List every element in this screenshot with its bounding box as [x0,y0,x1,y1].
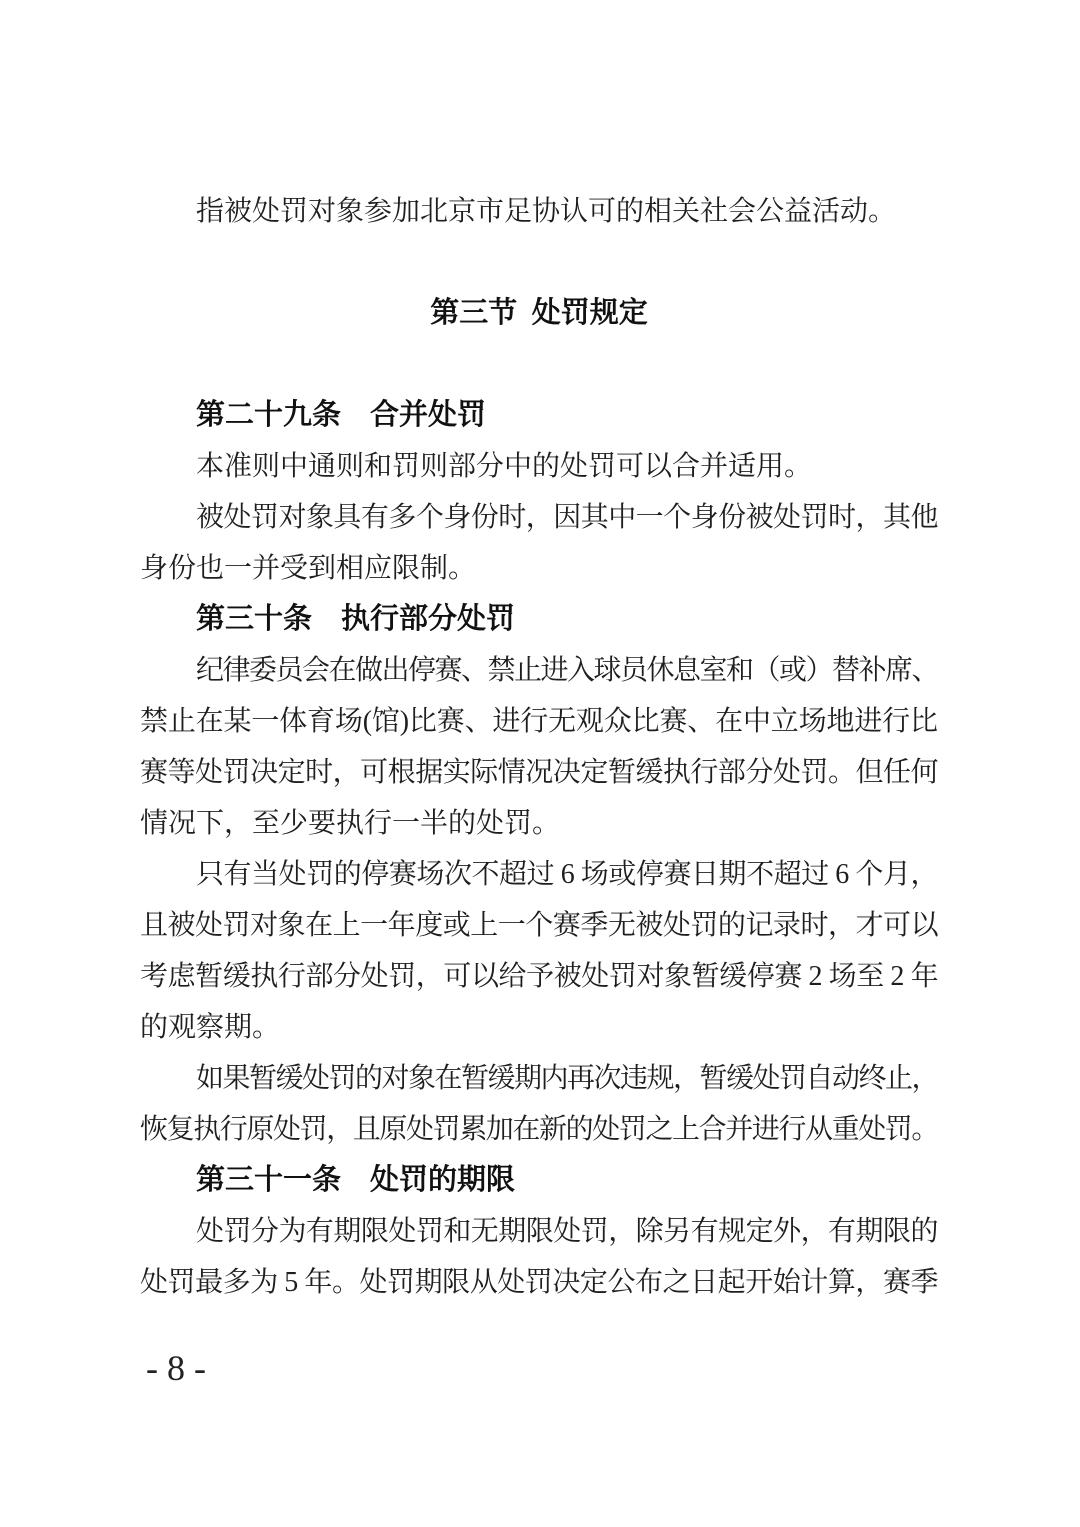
article-heading: 第三十条 执行部分处罚 [140,594,938,645]
paragraph-line: 的观察期。 [140,1002,938,1053]
paragraph-line: 只有当处罚的停赛场次不超过 6 场或停赛日期不超过 6 个月， [140,849,938,900]
paragraph-line: 禁止在某一体育场(馆)比赛、进行无观众比赛、在中立场地进行比 [140,696,938,747]
document-content: 指被处罚对象参加北京市足协认可的相关社会公益活动。第三节 处罚规定第二十九条 合… [140,186,938,1308]
page-number: - 8 - [146,1348,206,1388]
section-heading: 第三节 处罚规定 [140,288,938,339]
paragraph-line: 纪律委员会在做出停赛、禁止进入球员休息室和（或）替补席、 [140,645,938,696]
paragraph-line: 如果暂缓处罚的对象在暂缓期内再次违规，暂缓处罚自动终止， [140,1053,938,1104]
paragraph-line: 处罚最多为 5 年。处罚期限从处罚决定公布之日起开始计算，赛季 [140,1257,938,1308]
paragraph-line: 且被处罚对象在上一年度或上一个赛季无被处罚的记录时，才可以 [140,900,938,951]
paragraph-line: 本准则中通则和罚则部分中的处罚可以合并适用。 [140,441,938,492]
paragraph-line: 被处罚对象具有多个身份时，因其中一个身份被处罚时，其他 [140,492,938,543]
document-page: 指被处罚对象参加北京市足协认可的相关社会公益活动。第三节 处罚规定第二十九条 合… [0,0,1080,1527]
paragraph-line: 指被处罚对象参加北京市足协认可的相关社会公益活动。 [140,186,938,237]
article-heading: 第三十一条 处罚的期限 [140,1155,938,1206]
paragraph-line: 赛等处罚决定时，可根据实际情况决定暂缓执行部分处罚。但任何 [140,747,938,798]
article-heading: 第二十九条 合并处罚 [140,390,938,441]
paragraph-line: 恢复执行原处罚，且原处罚累加在新的处罚之上合并进行从重处罚。 [140,1104,938,1155]
paragraph-line: 情况下，至少要执行一半的处罚。 [140,798,938,849]
paragraph-line: 考虑暂缓执行部分处罚，可以给予被处罚对象暂缓停赛 2 场至 2 年 [140,951,938,1002]
paragraph-line: 身份也一并受到相应限制。 [140,543,938,594]
paragraph-line: 处罚分为有期限处罚和无期限处罚，除另有规定外，有期限的 [140,1206,938,1257]
